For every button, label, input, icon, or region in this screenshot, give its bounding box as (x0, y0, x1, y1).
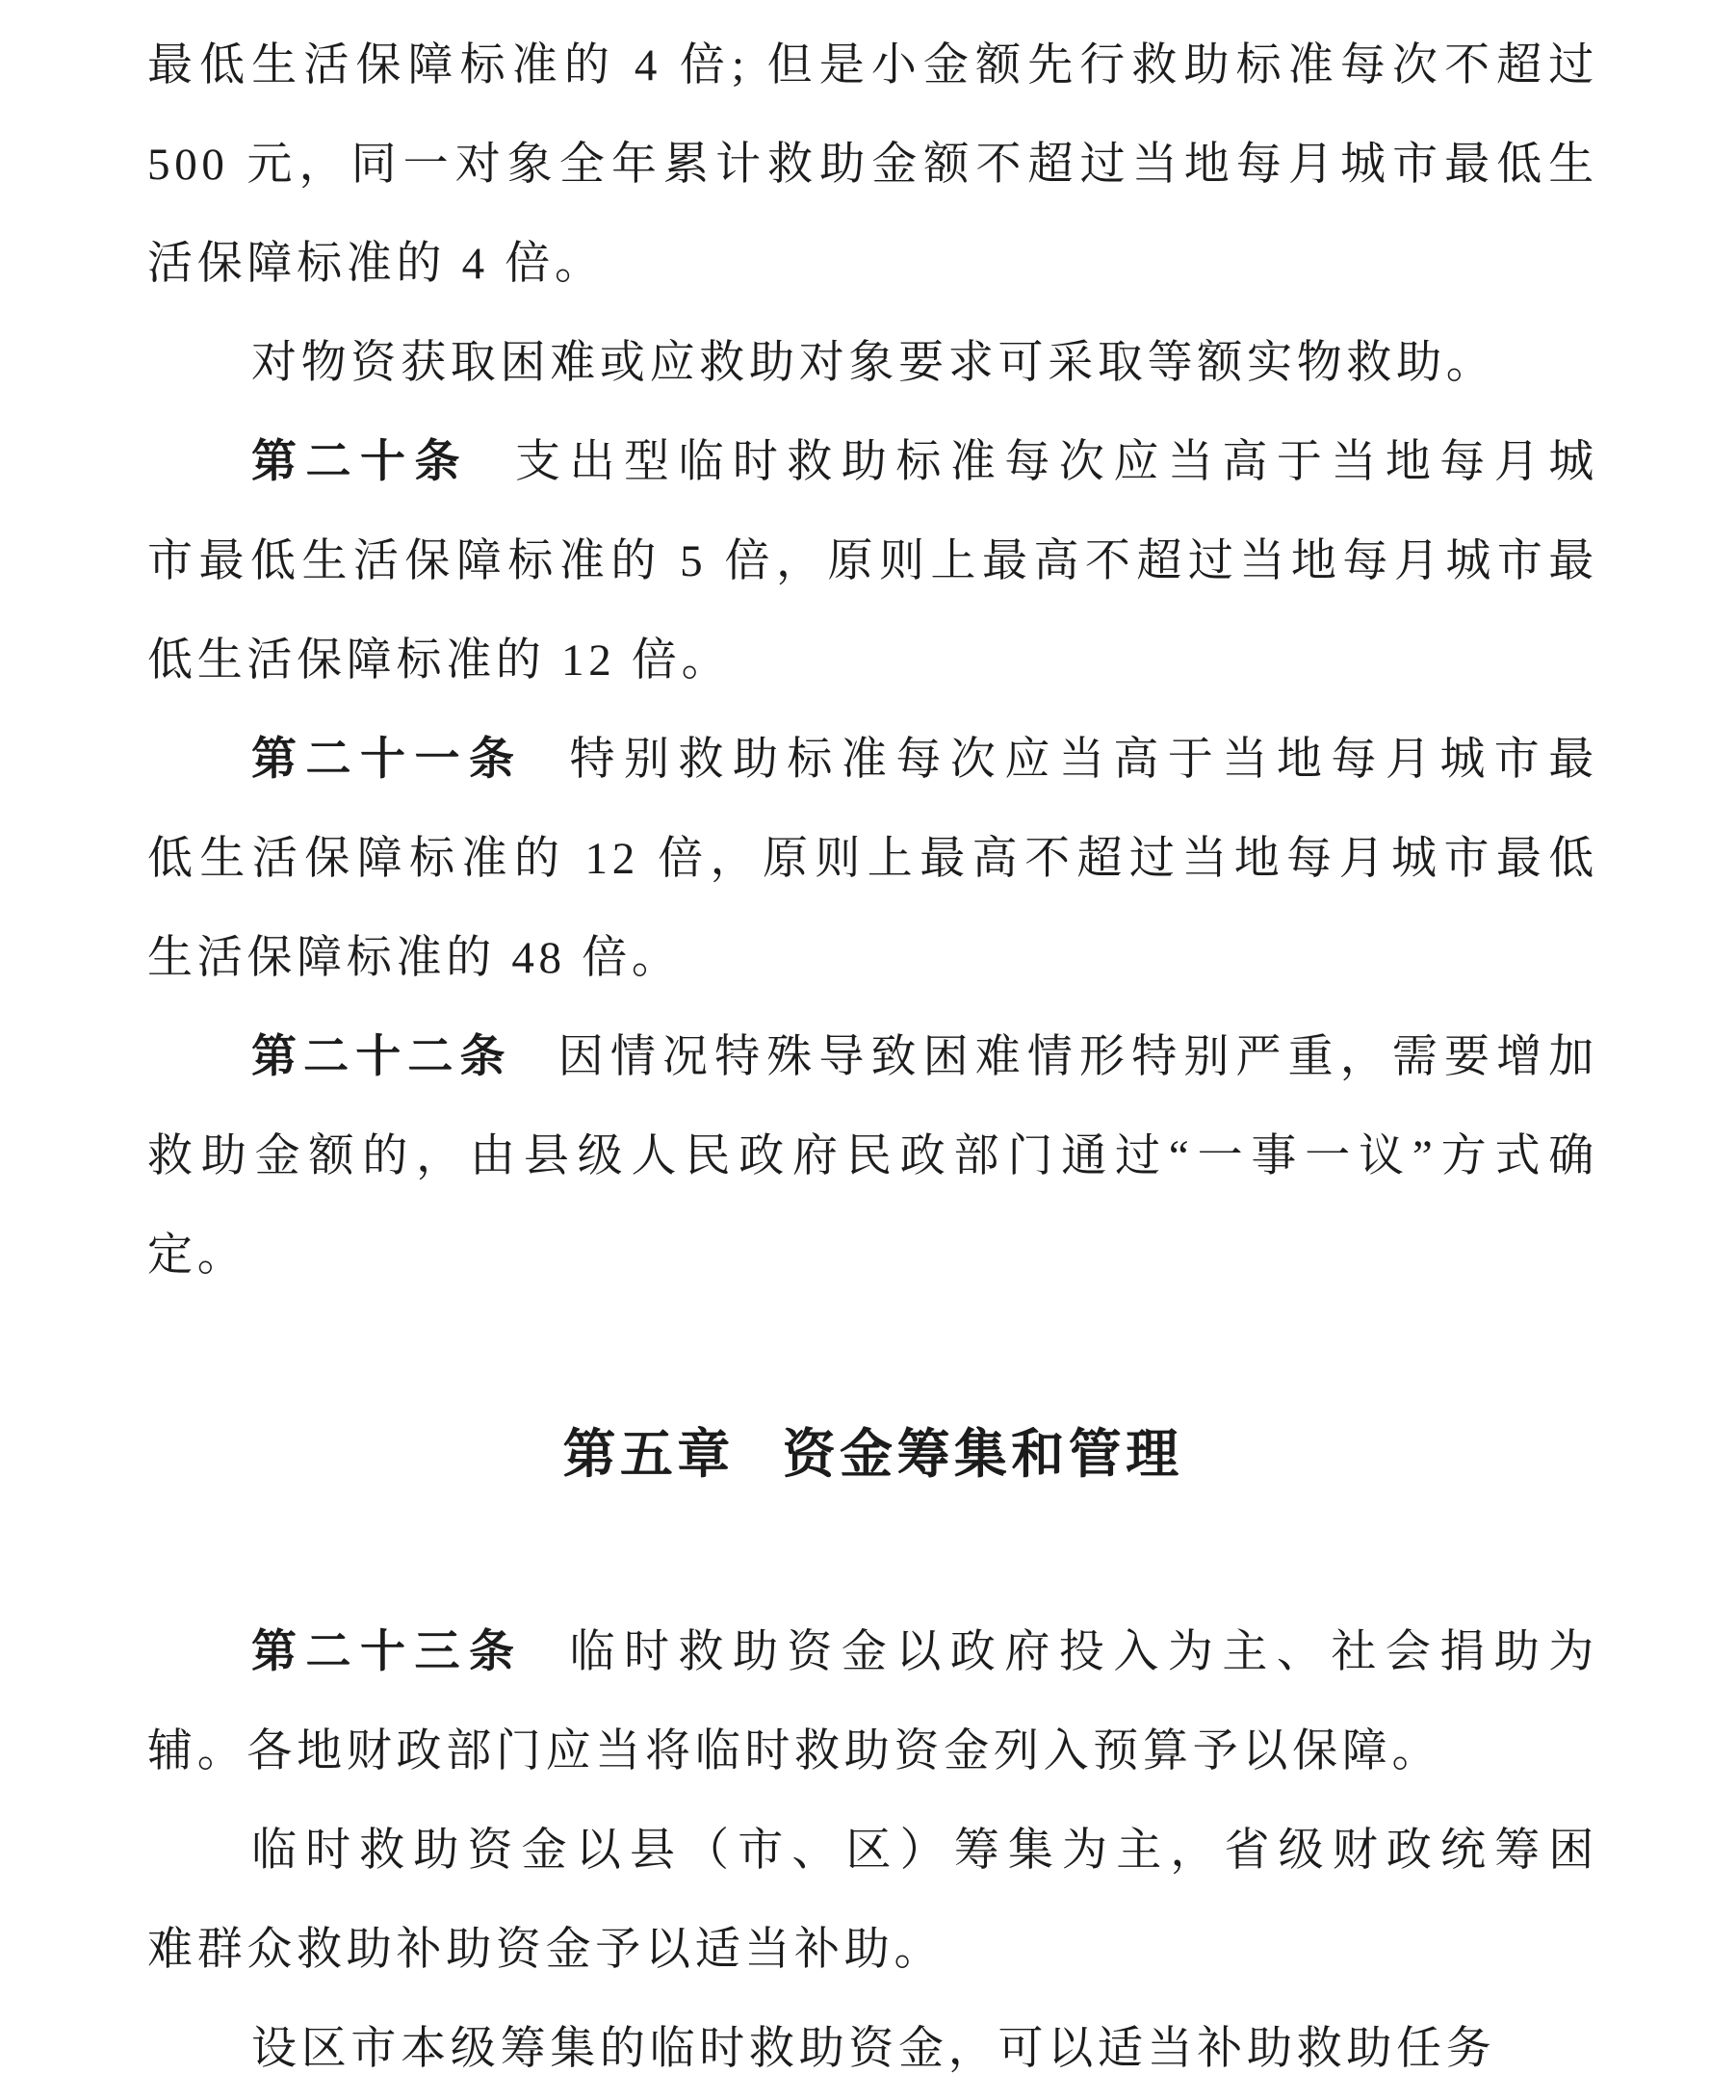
blank-line (147, 1504, 1598, 1603)
text-line: 难群众救助补助资金予以适当补助。 (147, 1901, 1598, 2000)
text-line: 对物资获取困难或应救助对象要求可采取等额实物救助。 (147, 314, 1598, 413)
article-20-heading-line: 第二十条支出型临时救助标准每次应当高于当地每月城 (147, 413, 1598, 512)
chapter-title: 资金筹集和管理 (783, 1425, 1183, 1484)
text-line: 定。 (147, 1206, 1598, 1306)
article-23-number: 第二十三条 (251, 1627, 523, 1677)
text-line: 设区市本级筹集的临时救助资金，可以适当补助救助任务 (147, 2000, 1598, 2099)
article-21-heading-line: 第二十一条特别救助标准每次应当高于当地每月城市最 (147, 711, 1598, 810)
text-line: 辅。各地财政部门应当将临时救助资金列入预算予以保障。 (147, 1702, 1598, 1802)
text-line: 救助金额的，由县级人民政府民政部门通过“一事一议”方式确 (147, 1107, 1598, 1206)
chapter-5-heading: 第五章资金筹集和管理 (147, 1405, 1598, 1504)
text-line: 最低生活保障标准的 4 倍; 但是小金额先行救助标准每次不超过 (147, 16, 1598, 116)
article-21-text: 特别救助标准每次应当高于当地每月城市最 (569, 735, 1598, 785)
article-21-number: 第二十一条 (251, 735, 523, 785)
text-line: 低生活保障标准的 12 倍。 (147, 611, 1598, 711)
article-23-text: 临时救助资金以政府投入为主、社会捐助为 (569, 1627, 1598, 1677)
article-23-heading-line: 第二十三条临时救助资金以政府投入为主、社会捐助为 (147, 1603, 1598, 1702)
blank-line (147, 1306, 1598, 1405)
document-page: 最低生活保障标准的 4 倍; 但是小金额先行救助标准每次不超过 500 元，同一… (0, 0, 1736, 2100)
article-22-heading-line: 第二十二条因情况特殊导致困难情形特别严重，需要增加 (147, 1008, 1598, 1107)
text-line: 活保障标准的 4 倍。 (147, 215, 1598, 314)
chapter-number: 第五章 (562, 1425, 734, 1484)
text-line: 500 元，同一对象全年累计救助金额不超过当地每月城市最低生 (147, 116, 1598, 215)
text-line: 市最低生活保障标准的 5 倍，原则上最高不超过当地每月城市最 (147, 512, 1598, 611)
article-20-text: 支出型临时救助标准每次应当高于当地每月城 (515, 437, 1598, 487)
article-22-text: 因情况特殊导致困难情形特别严重，需要增加 (558, 1032, 1598, 1082)
text-line: 低生活保障标准的 12 倍，原则上最高不超过当地每月城市最低 (147, 810, 1598, 909)
text-line: 临时救助资金以县（市、区）筹集为主，省级财政统筹困 (147, 1802, 1598, 1901)
article-22-number: 第二十二条 (251, 1032, 512, 1082)
article-20-number: 第二十条 (251, 437, 469, 487)
text-line: 生活保障标准的 48 倍。 (147, 909, 1598, 1008)
document-body: 最低生活保障标准的 4 倍; 但是小金额先行救助标准每次不超过 500 元，同一… (147, 16, 1598, 2099)
